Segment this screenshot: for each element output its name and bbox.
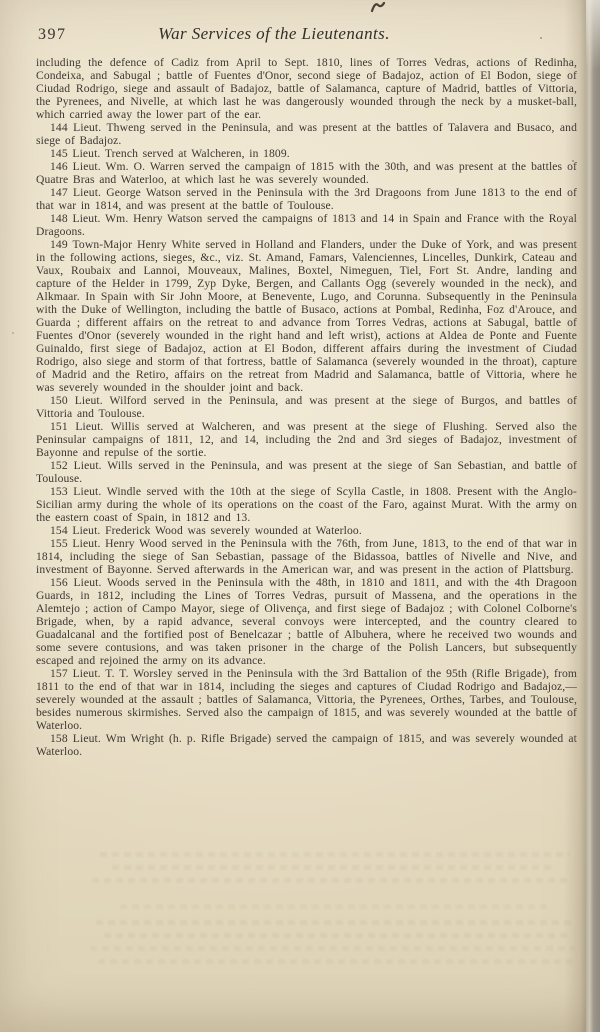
dust-speck (540, 37, 542, 39)
paragraph-entry-157: 157 Lieut. T. T. Worsley served in the P… (36, 667, 577, 732)
scanned-book-page: 397 War Services of the Lieutenants. inc… (0, 0, 600, 1032)
paragraph-entry-148: 148 Lieut. Wm. Henry Watson served the c… (36, 212, 577, 238)
paragraph-entry-147: 147 Lieut. George Watson served in the P… (36, 186, 577, 212)
paragraph-entry-149: 149 Town-Major Henry White served in Hol… (36, 238, 577, 394)
paragraph-entry-152: 152 Lieut. Wills served in the Peninsula… (36, 459, 577, 485)
dust-speck (12, 332, 14, 334)
paragraph-entry-144: 144 Lieut. Thweng served in the Peninsul… (36, 121, 577, 147)
paragraph-entry-153: 153 Lieut. Windle served with the 10th a… (36, 485, 577, 524)
paragraph-entry-158: 158 Lieut. Wm Wright (h. p. Rifle Brigad… (36, 732, 577, 758)
paragraph-entry-145: 145 Lieut. Trench served at Walcheren, i… (36, 147, 577, 160)
paragraph-entry-151: 151 Lieut. Willis served at Walcheren, a… (36, 420, 577, 459)
page-edge-shadow (564, 0, 586, 1032)
paragraph-entry-155: 155 Lieut. Henry Wood served in the Peni… (36, 537, 577, 576)
text-block: including the defence of Cadiz from Apri… (36, 56, 577, 758)
page-title: War Services of the Lieutenants. (0, 24, 548, 44)
paragraph-entry-150: 150 Lieut. Wilford served in the Peninsu… (36, 394, 577, 420)
ink-mark (370, 1, 386, 15)
paragraph-continuation: including the defence of Cadiz from Apri… (36, 56, 577, 121)
paragraph-entry-154: 154 Lieut. Frederick Wood was severely w… (36, 524, 577, 537)
book-edge (586, 0, 600, 1032)
page-header: 397 War Services of the Lieutenants. (0, 24, 600, 50)
paragraph-entry-156: 156 Lieut. Woods served in the Peninsula… (36, 576, 577, 667)
paragraph-entry-146: 146 Lieut. Wm. O. Warren served the camp… (36, 160, 577, 186)
